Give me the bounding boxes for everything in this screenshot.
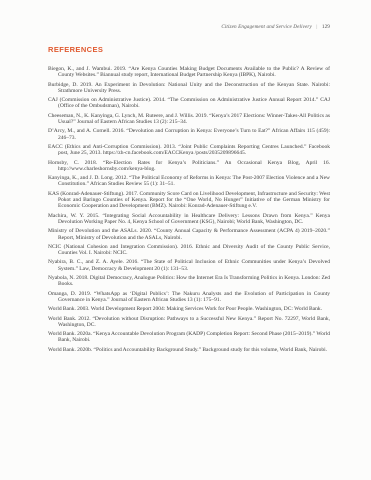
- reference-entry: Machira, W. Y. 2015. “Integrating Social…: [48, 213, 330, 226]
- reference-entry: World Bank. 2020a. “Kenya Accountable De…: [48, 331, 330, 344]
- reference-entry: Omanga, D. 2019. “WhatsApp as ‘Digital P…: [48, 291, 330, 304]
- reference-entry: CAJ (Commission on Administrative Justic…: [48, 97, 330, 110]
- reference-entry: Nyabira, B. C., and Z. A. Ayele. 2016. “…: [48, 259, 330, 272]
- reference-entry: Kanyinga, K., and J. D. Long. 2012. “The…: [48, 175, 330, 188]
- reference-entry: Ministry of Devolution and the ASALs. 20…: [48, 228, 330, 241]
- reference-entry: Cheeseman, N., K. Kanyinga, G. Lynch, M.…: [48, 113, 330, 126]
- reference-entry: Nyabola, N. 2018. Digital Democracy, Ana…: [48, 275, 330, 288]
- running-header-separator: |: [316, 24, 317, 30]
- reference-entry: NCIC (National Cohesion and Integration …: [48, 244, 330, 257]
- reference-entry: Hornsby, C. 2018. “Re-Election Rates for…: [48, 160, 330, 173]
- page-number: 129: [322, 24, 330, 30]
- reference-entry: World Bank. 2020b. “Politics and Account…: [48, 347, 330, 353]
- reference-entry: Burbidge, D. 2019. An Experiment in Devo…: [48, 82, 330, 95]
- reference-entry: World Bank. 2012. “Devolution without Di…: [48, 316, 330, 329]
- reference-entry: Biegon, K., and J. Wambui. 2019. “Are Ke…: [48, 66, 330, 79]
- book-page: Citizen Engagement and Service Delivery …: [0, 0, 371, 480]
- reference-entry: D’Arcy, M., and A. Cornell. 2016. “Devol…: [48, 128, 330, 141]
- reference-entry: World Bank. 2003. World Development Repo…: [48, 306, 330, 312]
- reference-entry: KAS (Konrad-Adenauer-Stiftung). 2017. Co…: [48, 191, 330, 210]
- reference-entry: EACC (Ethics and Anti-Corruption Commiss…: [48, 144, 330, 157]
- running-header: Citizen Engagement and Service Delivery …: [221, 24, 330, 30]
- reference-list: Biegon, K., and J. Wambui. 2019. “Are Ke…: [48, 66, 330, 356]
- references-heading: REFERENCES: [48, 45, 103, 54]
- running-header-chapter-title: Citizen Engagement and Service Delivery: [221, 24, 312, 30]
